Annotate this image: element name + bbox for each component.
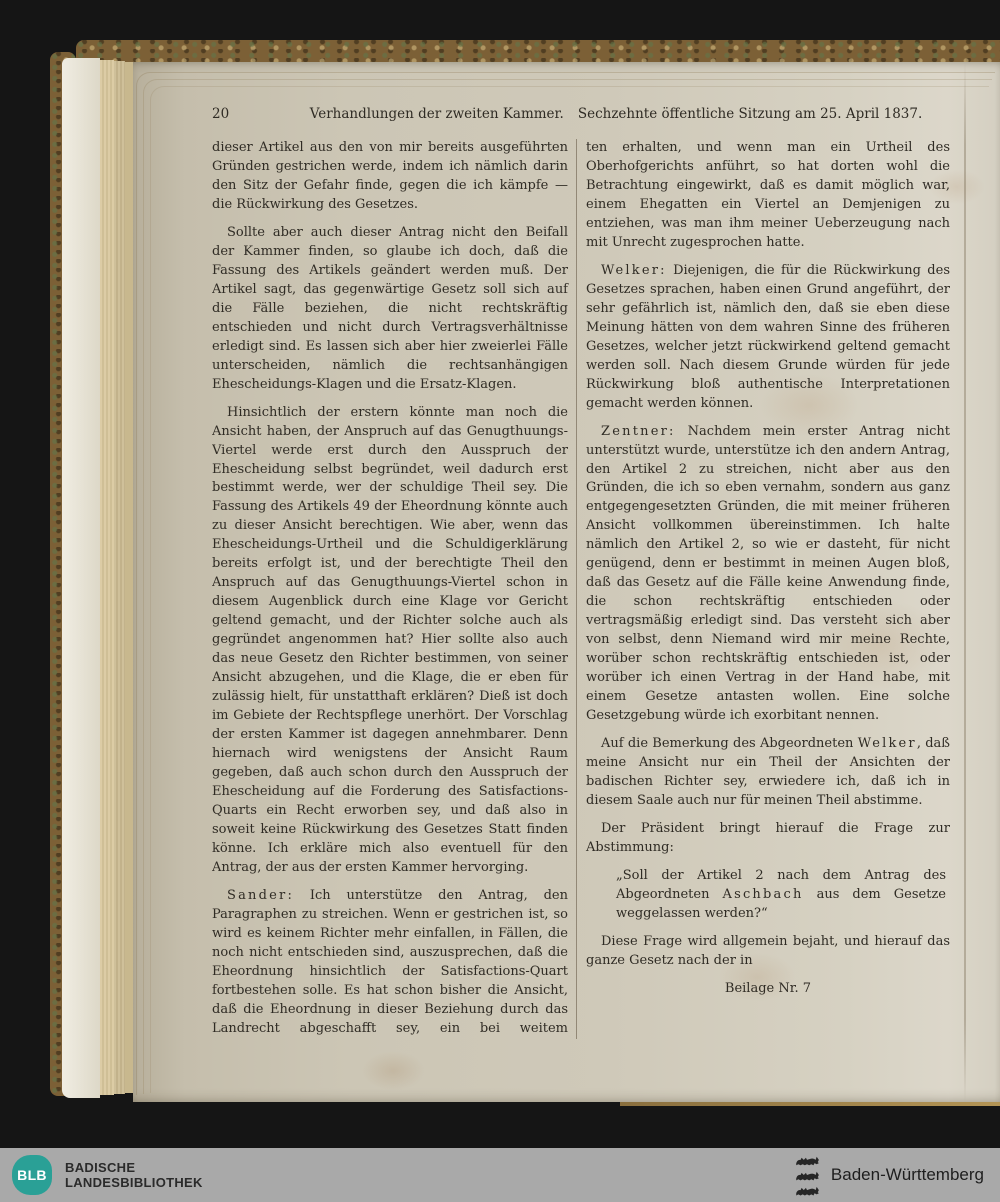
right-column: ten erhalten, und wenn man ein Urtheil d… xyxy=(576,139,950,1039)
deputy-name: Aschbach xyxy=(722,887,803,902)
state-branding: Baden-Württemberg xyxy=(793,1153,988,1197)
library-footer-bar: BLB BADISCHE LANDESBIBLIOTHEK Baden-Würt… xyxy=(0,1148,1000,1202)
scanned-page: 20 Verhandlungen der zweiten Kammer.Sech… xyxy=(133,62,1000,1102)
speaker-name: Sander: xyxy=(227,888,294,903)
paragraph-speech-sander: Sander: Ich unterstütze den Antrag, den … xyxy=(212,887,568,1039)
text-columns: dieser Artikel aus den von mir bereits a… xyxy=(212,139,950,1039)
attachment-reference: Beilage Nr. 7 xyxy=(586,980,950,999)
running-header-session: Sechzehnte öffentliche Sitzung am 25. Ap… xyxy=(578,106,922,122)
paragraph-speech-zentner: Zentner: Nachdem mein erster Antrag nich… xyxy=(586,423,950,727)
page-edge-stack xyxy=(100,60,114,1095)
page-edge-stack xyxy=(125,62,133,1093)
running-header-title: Verhandlungen der zweiten Kammer. xyxy=(310,106,564,122)
paragraph: Sollte aber auch dieser Antrag nicht den… xyxy=(212,224,568,395)
baden-wuerttemberg-coat-of-arms-icon xyxy=(793,1153,821,1197)
speaker-name: Welker: xyxy=(601,263,667,278)
paragraph: Hinsichtlich der erstern könnte man noch… xyxy=(212,404,568,878)
paragraph: dieser Artikel aus den von mir bereits a… xyxy=(212,139,568,215)
left-column: dieser Artikel aus den von mir bereits a… xyxy=(212,139,576,1039)
vote-question: „Soll der Artikel 2 nach dem Antrag des … xyxy=(616,867,946,924)
page-header: 20 Verhandlungen der zweiten Kammer.Sech… xyxy=(212,106,950,122)
page-number: 20 xyxy=(212,106,282,122)
deputy-name: Welker xyxy=(858,736,917,751)
blb-logo-icon: BLB xyxy=(12,1155,52,1195)
library-name: BADISCHE LANDESBIBLIOTHEK xyxy=(65,1160,203,1191)
page-content: 20 Verhandlungen der zweiten Kammer.Sech… xyxy=(212,62,950,1102)
library-branding: BLB BADISCHE LANDESBIBLIOTHEK xyxy=(12,1155,203,1195)
scan-viewport: 20 Verhandlungen der zweiten Kammer.Sech… xyxy=(0,0,1000,1202)
paragraph: Der Präsident bringt hierauf die Frage z… xyxy=(586,820,950,858)
book-spine-cloth xyxy=(62,58,100,1098)
speaker-name: Zentner: xyxy=(601,424,676,439)
paragraph: Auf die Bemerkung des Abgeordneten Welke… xyxy=(586,735,950,811)
state-name: Baden-Württemberg xyxy=(831,1165,984,1185)
running-header: Verhandlungen der zweiten Kammer.Sechzeh… xyxy=(282,106,950,122)
vote-result: Diese Frage wird allgemein bejaht, und h… xyxy=(586,933,950,971)
page-gutter-crease xyxy=(964,62,966,1102)
paragraph: ten erhalten, und wenn man ein Urtheil d… xyxy=(586,139,950,253)
page-edge-stack xyxy=(114,61,125,1094)
book-cover-edge-top xyxy=(76,40,1000,64)
paragraph-speech-welker: Welker: Diejenigen, die für die Rückwirk… xyxy=(586,262,950,414)
